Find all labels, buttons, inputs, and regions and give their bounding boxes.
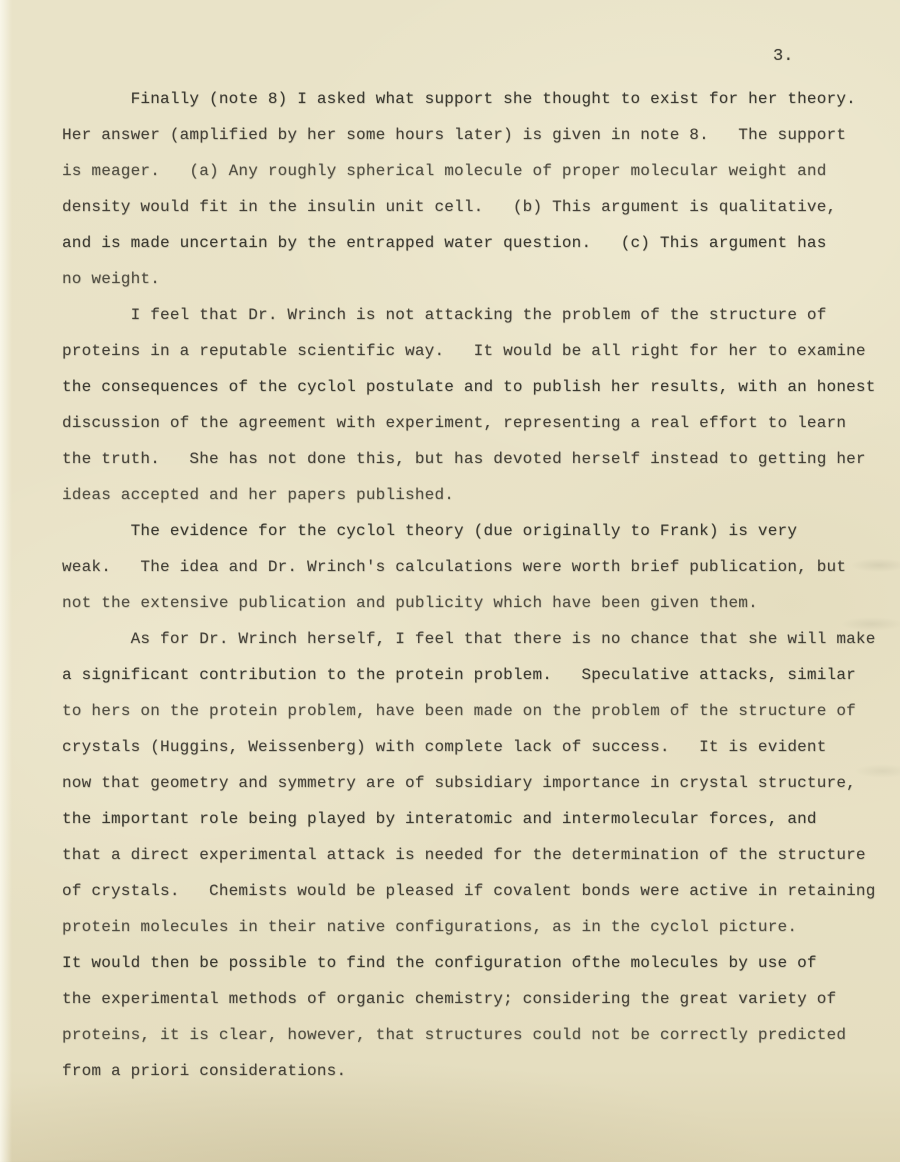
- text-line: and is made uncertain by the entrapped w…: [62, 225, 880, 261]
- text-line: Finally (note 8) I asked what support sh…: [62, 81, 880, 117]
- text-line: the experimental methods of organic chem…: [62, 981, 880, 1017]
- text-line: ideas accepted and her papers published.: [62, 477, 880, 513]
- text-line: the consequences of the cyclol postulate…: [62, 369, 880, 405]
- text-line: no weight.: [62, 261, 880, 297]
- text-line: is meager. (a) Any roughly spherical mol…: [62, 153, 880, 189]
- text-line: weak. The idea and Dr. Wrinch's calculat…: [62, 549, 880, 585]
- text-line: As for Dr. Wrinch herself, I feel that t…: [62, 621, 880, 657]
- document-page: 3. Finally (note 8) I asked what support…: [0, 0, 900, 1162]
- text-line: a significant contribution to the protei…: [62, 657, 880, 693]
- text-line: that a direct experimental attack is nee…: [62, 837, 880, 873]
- text-line: discussion of the agreement with experim…: [62, 405, 880, 441]
- text-line: of crystals. Chemists would be pleased i…: [62, 873, 880, 909]
- text-line: Her answer (amplified by her some hours …: [62, 117, 880, 153]
- text-line: It would then be possible to find the co…: [62, 945, 880, 981]
- text-line: crystals (Huggins, Weissenberg) with com…: [62, 729, 880, 765]
- text-line: now that geometry and symmetry are of su…: [62, 765, 880, 801]
- typewritten-text-block: Finally (note 8) I asked what support sh…: [62, 81, 880, 1089]
- text-line: The evidence for the cyclol theory (due …: [62, 513, 880, 549]
- text-line: not the extensive publication and public…: [62, 585, 880, 621]
- text-line: protein molecules in their native config…: [62, 909, 880, 945]
- text-line: I feel that Dr. Wrinch is not attacking …: [62, 297, 880, 333]
- page-number: 3.: [773, 47, 793, 66]
- text-line: to hers on the protein problem, have bee…: [62, 693, 880, 729]
- text-line: the important role being played by inter…: [62, 801, 880, 837]
- text-line: proteins, it is clear, however, that str…: [62, 1017, 880, 1053]
- text-line: proteins in a reputable scientific way. …: [62, 333, 880, 369]
- text-line: the truth. She has not done this, but ha…: [62, 441, 880, 477]
- text-line: density would fit in the insulin unit ce…: [62, 189, 880, 225]
- text-line: from a priori considerations.: [62, 1053, 880, 1089]
